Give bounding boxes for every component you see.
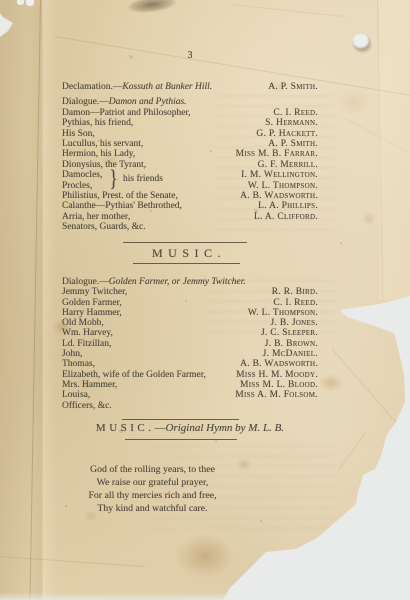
hymn-line: Thy kind and watchful care.: [60, 502, 245, 515]
cast-row: Golden Farmer,C. I. Reed.: [62, 298, 318, 308]
performer: Miss A. M. Folsom.: [235, 390, 318, 400]
rule-below-hymn-heading: [125, 439, 237, 440]
cast-row: Ld. Fitzillan,J. B. Brown.: [62, 339, 318, 349]
cast-row: Pythias, his friend,S. Hermann.: [62, 118, 318, 128]
performer: J. B. Brown.: [265, 339, 318, 349]
role: Senators, Guards, &c.: [62, 222, 146, 232]
role: Thomas,: [62, 359, 95, 369]
cast-row: Harry Hammer,W. L. Thompson.: [62, 308, 318, 318]
performer: A. B. Wadsworth.: [240, 191, 318, 201]
performer: C. I. Reed.: [273, 298, 318, 308]
role: Elizabeth, wife of the Golden Farmer,: [62, 370, 206, 380]
cast-row: John,J. McDaniel.: [62, 349, 318, 359]
performer: W. L. Thompson.: [248, 308, 318, 318]
hymn-line: God of the rolling years, to thee: [60, 463, 245, 476]
declamation-title: Kossuth at Bunker Hill.: [122, 82, 212, 92]
performer: A. B. Wadsworth.: [240, 359, 318, 369]
role: Ld. Fitzillan,: [62, 339, 111, 349]
performer: S. Hermann.: [265, 118, 318, 128]
brace-glyph: }: [109, 168, 117, 190]
role: Pythias, his friend,: [62, 118, 133, 128]
role: Mrs. Hammer,: [62, 380, 117, 390]
performer: Miss H. M. Moody.: [236, 370, 318, 380]
cast-row: Officers, &c.: [62, 401, 318, 411]
cast-row: Mrs. Hammer,Miss M. L. Blood.: [62, 380, 318, 390]
performer: I. M. Wellington.: [241, 170, 318, 180]
role: Jemmy Twitcher,: [62, 287, 127, 297]
performer: J. B. Jones.: [271, 318, 319, 328]
cast-row: Old Mobb,J. B. Jones.: [62, 318, 318, 328]
role: John,: [62, 349, 82, 359]
declamation-row: Declamation.—Kossuth at Bunker Hill. A. …: [62, 82, 318, 92]
dash: —: [155, 422, 166, 434]
dash: —: [99, 97, 109, 107]
performer: L. A. Phillips.: [258, 201, 318, 211]
dash: —: [113, 82, 123, 92]
hymn-line: We raise our grateful prayer,: [60, 476, 245, 489]
hymn-heading: MUSIC.—Original Hymn by M. L. B.: [50, 422, 330, 434]
performer: A. P. Smith.: [268, 139, 318, 149]
cast-row: Procles,W. L. Thompson.: [62, 181, 318, 191]
role: Damocles,: [62, 170, 102, 180]
dialogue-label: Dialogue.: [62, 277, 99, 287]
performer: Miss M. B. Farrar.: [236, 149, 318, 159]
role: Old Mobb,: [62, 318, 104, 328]
hymn-line: For all thy mercies rich and free,: [60, 489, 245, 502]
role: Damon—Patriot and Philosopher,: [62, 108, 191, 118]
dialogue-title: Damon and Pythias.: [109, 97, 187, 107]
cast-row: Louisa,Miss A. M. Folsom.: [62, 390, 318, 400]
cast-row: Philistius, Prest. of the Senate,A. B. W…: [62, 191, 318, 201]
performer: J. C. Sleeper.: [261, 328, 318, 338]
music-heading: MUSIC.: [115, 246, 259, 261]
role: Wm. Harvey,: [62, 328, 113, 338]
cast-list-damon-and-pythias: Declamation.—Kossuth at Bunker Hill. A. …: [62, 82, 318, 233]
performer: L. A. Clifford.: [254, 212, 318, 222]
cast-row: Calanthe—Pythias' Bethrothed,L. A. Phill…: [62, 201, 318, 211]
dialogue-header-text: Dialogue.—Damon and Pythias.: [62, 97, 187, 107]
cast-row: Damon—Patriot and Philosopher,C. I. Reed…: [62, 108, 318, 118]
role: Philistius, Prest. of the Senate,: [62, 191, 178, 201]
role: Hermion, his Lady,: [62, 149, 135, 159]
performer: W. L. Thompson.: [248, 181, 318, 191]
dialogue-label: Dialogue.: [62, 97, 99, 107]
role: Procles,: [62, 181, 92, 191]
role: Louisa,: [62, 390, 90, 400]
cast-row: Arria, her mother,L. A. Clifford.: [62, 212, 318, 222]
role: Golden Farmer,: [62, 298, 122, 308]
role: Arria, her mother,: [62, 212, 130, 222]
cast-row: Jemmy Twitcher,R. R. Bird.: [62, 287, 318, 297]
performer: Miss M. L. Blood.: [240, 380, 318, 390]
page-number: 3: [62, 50, 318, 61]
role: Harry Hammer,: [62, 308, 122, 318]
printed-content: 3 Declamation.—Kossuth at Bunker Hill. A…: [0, 0, 410, 600]
hymn-verse: God of the rolling years, to thee We rai…: [60, 463, 245, 515]
performer: A. P. Smith.: [268, 82, 318, 92]
dialogue-header-text: Dialogue.—Golden Farmer, or Jemmy Twitch…: [62, 277, 246, 287]
rule-above-hymn-heading: [122, 419, 239, 420]
performer: G. F. Merrill.: [258, 160, 318, 170]
cast-row: Damocles,I. M. Wellington.: [62, 170, 318, 180]
performer: G. P. Hackett.: [256, 129, 318, 139]
cast-row: Senators, Guards, &c.: [62, 222, 318, 232]
rule-above-music: [123, 242, 247, 243]
role: Calanthe—Pythias' Bethrothed,: [62, 201, 182, 211]
cast-row: Elizabeth, wife of the Golden Farmer,Mis…: [62, 370, 318, 380]
declamation-label: Declamation.: [62, 82, 113, 92]
cast-row: Lucullus, his servant,A. P. Smith.: [62, 139, 318, 149]
cast-row: Thomas,A. B. Wadsworth.: [62, 359, 318, 369]
performer: J. McDaniel.: [263, 349, 318, 359]
cast-row: His Son,G. P. Hackett.: [62, 129, 318, 139]
role: His Son,: [62, 129, 95, 139]
dialogue-title: Golden Farmer, or Jemmy Twitcher.: [109, 277, 246, 287]
declamation-text: Declamation.—Kossuth at Bunker Hill.: [62, 82, 212, 92]
performer: C. I. Reed.: [273, 108, 318, 118]
performer: R. R. Bird.: [272, 287, 318, 297]
cast-row: Dionysius, the Tyrant,G. F. Merrill.: [62, 160, 318, 170]
role: Lucullus, his servant,: [62, 139, 143, 149]
rule-below-music: [133, 263, 240, 264]
dash: —: [99, 277, 109, 287]
friends-brace-group: } his friends: [108, 168, 163, 190]
photo-backdrop: 3 Declamation.—Kossuth at Bunker Hill. A…: [0, 0, 410, 600]
hymn-heading-subtitle: Original Hymn by M. L. B.: [166, 422, 285, 434]
cast-row: Hermion, his Lady,Miss M. B. Farrar.: [62, 149, 318, 159]
dialogue-header: Dialogue.—Golden Farmer, or Jemmy Twitch…: [62, 277, 318, 287]
cast-row: Wm. Harvey,J. C. Sleeper.: [62, 328, 318, 338]
hymn-heading-music: MUSIC.: [96, 422, 155, 434]
program-page: 3 Declamation.—Kossuth at Bunker Hill. A…: [0, 0, 410, 600]
dialogue-header: Dialogue.—Damon and Pythias.: [62, 97, 318, 107]
cast-list-golden-farmer: Dialogue.—Golden Farmer, or Jemmy Twitch…: [62, 277, 318, 411]
brace-note: his friends: [123, 174, 163, 184]
role: Officers, &c.: [62, 401, 112, 411]
